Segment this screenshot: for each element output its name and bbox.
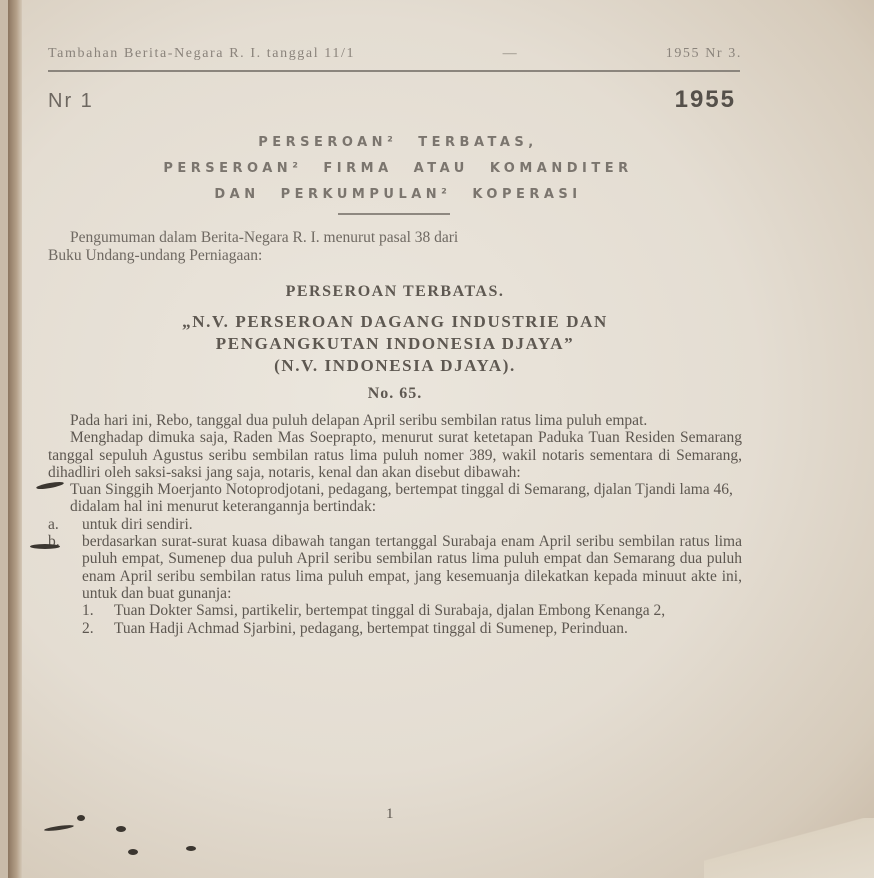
deed-body: Pada hari ini, Rebo, tanggal dua puluh d… (48, 412, 742, 637)
ink-mark (116, 826, 126, 832)
intro-line: Buku Undang-undang Perniagaan: (48, 247, 742, 265)
header-rule (48, 70, 740, 72)
list-marker: a. (48, 516, 82, 533)
company-name: „N.V. PERSEROAN DAGANG INDUSTRIE DAN PEN… (48, 311, 742, 377)
ink-mark (30, 544, 60, 549)
intro-line: Pengumuman dalam Berita-Negara R. I. men… (48, 229, 742, 247)
ink-mark (128, 849, 138, 855)
book-spine-shadow (8, 0, 22, 878)
sub-list-item: 1. Tuan Dokter Samsi, partikelir, bertem… (48, 602, 742, 619)
running-head-left: Tambahan Berita-Negara R. I. tanggal 11/… (48, 46, 355, 62)
deed-number: No. 65. (48, 385, 742, 403)
list-text: untuk diri sendiri. (82, 516, 742, 533)
company-name-line: (N.V. INDONESIA DJAYA). (48, 355, 742, 377)
running-head-right: 1955 Nr 3. (666, 46, 742, 62)
company-name-line: „N.V. PERSEROAN DAGANG INDUSTRIE DAN (48, 311, 742, 333)
running-head: Tambahan Berita-Negara R. I. tanggal 11/… (48, 46, 742, 62)
running-head-dash: — (503, 46, 519, 62)
sub-list-item: 2. Tuan Hadji Achmad Sjarbini, pedagang,… (48, 620, 742, 637)
sub-list-marker: 2. (82, 620, 114, 637)
sub-list-marker: 1. (82, 602, 114, 619)
page-corner (704, 818, 874, 878)
paragraph: didalam hal ini menurut keterangannja be… (48, 498, 742, 515)
issue-year: 1955 (675, 86, 736, 114)
ink-mark (77, 815, 85, 821)
document-page: Tambahan Berita-Negara R. I. tanggal 11/… (8, 0, 874, 878)
sub-list-text: Tuan Hadji Achmad Sjarbini, pedagang, be… (114, 620, 742, 637)
page-number: 1 (386, 806, 394, 823)
ink-mark (44, 824, 74, 832)
paragraph: Pada hari ini, Rebo, tanggal dua puluh d… (48, 412, 742, 429)
issue-number: Nr 1 (48, 90, 94, 113)
intro-paragraph: Pengumuman dalam Berita-Negara R. I. men… (48, 229, 742, 265)
section-title: PERSEROAN² TERBATAS, PERSEROAN² FIRMA AT… (88, 130, 708, 208)
section-divider (338, 213, 450, 215)
section-title-line: PERSEROAN² TERBATAS, (88, 130, 708, 156)
list-item: b. berdasarkan surat-surat kuasa dibawah… (48, 533, 742, 602)
list-item: a. untuk diri sendiri. (48, 516, 742, 533)
list-text: berdasarkan surat-surat kuasa dibawah ta… (82, 533, 742, 602)
subsection-heading: PERSEROAN TERBATAS. (48, 283, 742, 301)
section-title-line: PERSEROAN² FIRMA ATAU KOMANDITER (88, 156, 708, 182)
ink-mark (186, 846, 196, 851)
company-name-line: PENGANGKUTAN INDONESIA DJAYA” (48, 333, 742, 355)
sub-list-text: Tuan Dokter Samsi, partikelir, bertempat… (114, 602, 742, 619)
paragraph: Menghadap dimuka saja, Raden Mas Soeprap… (48, 429, 742, 481)
section-title-line: DAN PERKUMPULAN² KOPERASI (88, 182, 708, 208)
paragraph: Tuan Singgih Moerjanto Notoprodjotani, p… (48, 481, 742, 498)
